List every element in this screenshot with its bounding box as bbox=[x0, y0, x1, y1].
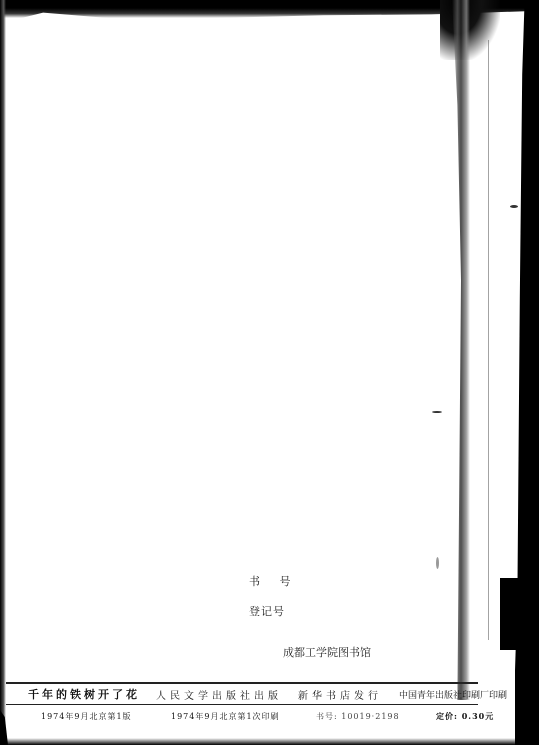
scan-speck bbox=[432, 411, 442, 413]
registration-number-label: 登记号 bbox=[249, 603, 285, 619]
book-number: 书号: 10019·2198 bbox=[316, 711, 400, 722]
book-number-label: 书 号 bbox=[249, 573, 292, 589]
page-curl-shadow-top bbox=[440, 0, 500, 60]
scan-edge-bottom bbox=[0, 738, 539, 745]
scan-speck bbox=[436, 557, 439, 569]
colophon-top-rule bbox=[6, 682, 478, 684]
colophon-row-2: 1974年9月北京第1版 1974年9月北京第1次印刷 书号: 10019·21… bbox=[6, 708, 478, 724]
book-title: 千年的铁树开了花 bbox=[28, 686, 140, 702]
edition-info: 1974年9月北京第1版 bbox=[41, 711, 132, 722]
page-fold-line bbox=[488, 40, 489, 640]
printing-info: 1974年9月北京第1次印刷 bbox=[171, 711, 280, 722]
colophon-row-1: 千年的铁树开了花 人民文学出版社出版 新华书店发行 中国青年出版社印刷厂印刷 bbox=[6, 686, 478, 702]
scan-speck bbox=[510, 205, 518, 208]
scan-block-right bbox=[500, 578, 520, 650]
publisher: 人民文学出版社出版 bbox=[156, 687, 282, 702]
colophon-middle-rule bbox=[6, 704, 478, 705]
page-curl-shadow bbox=[452, 0, 470, 700]
library-stamp: 成都工学院图书馆 bbox=[283, 644, 371, 660]
distributor: 新华书店发行 bbox=[298, 687, 382, 702]
price: 定价: 0.30元 bbox=[436, 711, 494, 722]
scan-edge-left bbox=[0, 0, 6, 745]
printer: 中国青年出版社印刷厂印刷 bbox=[399, 688, 507, 701]
